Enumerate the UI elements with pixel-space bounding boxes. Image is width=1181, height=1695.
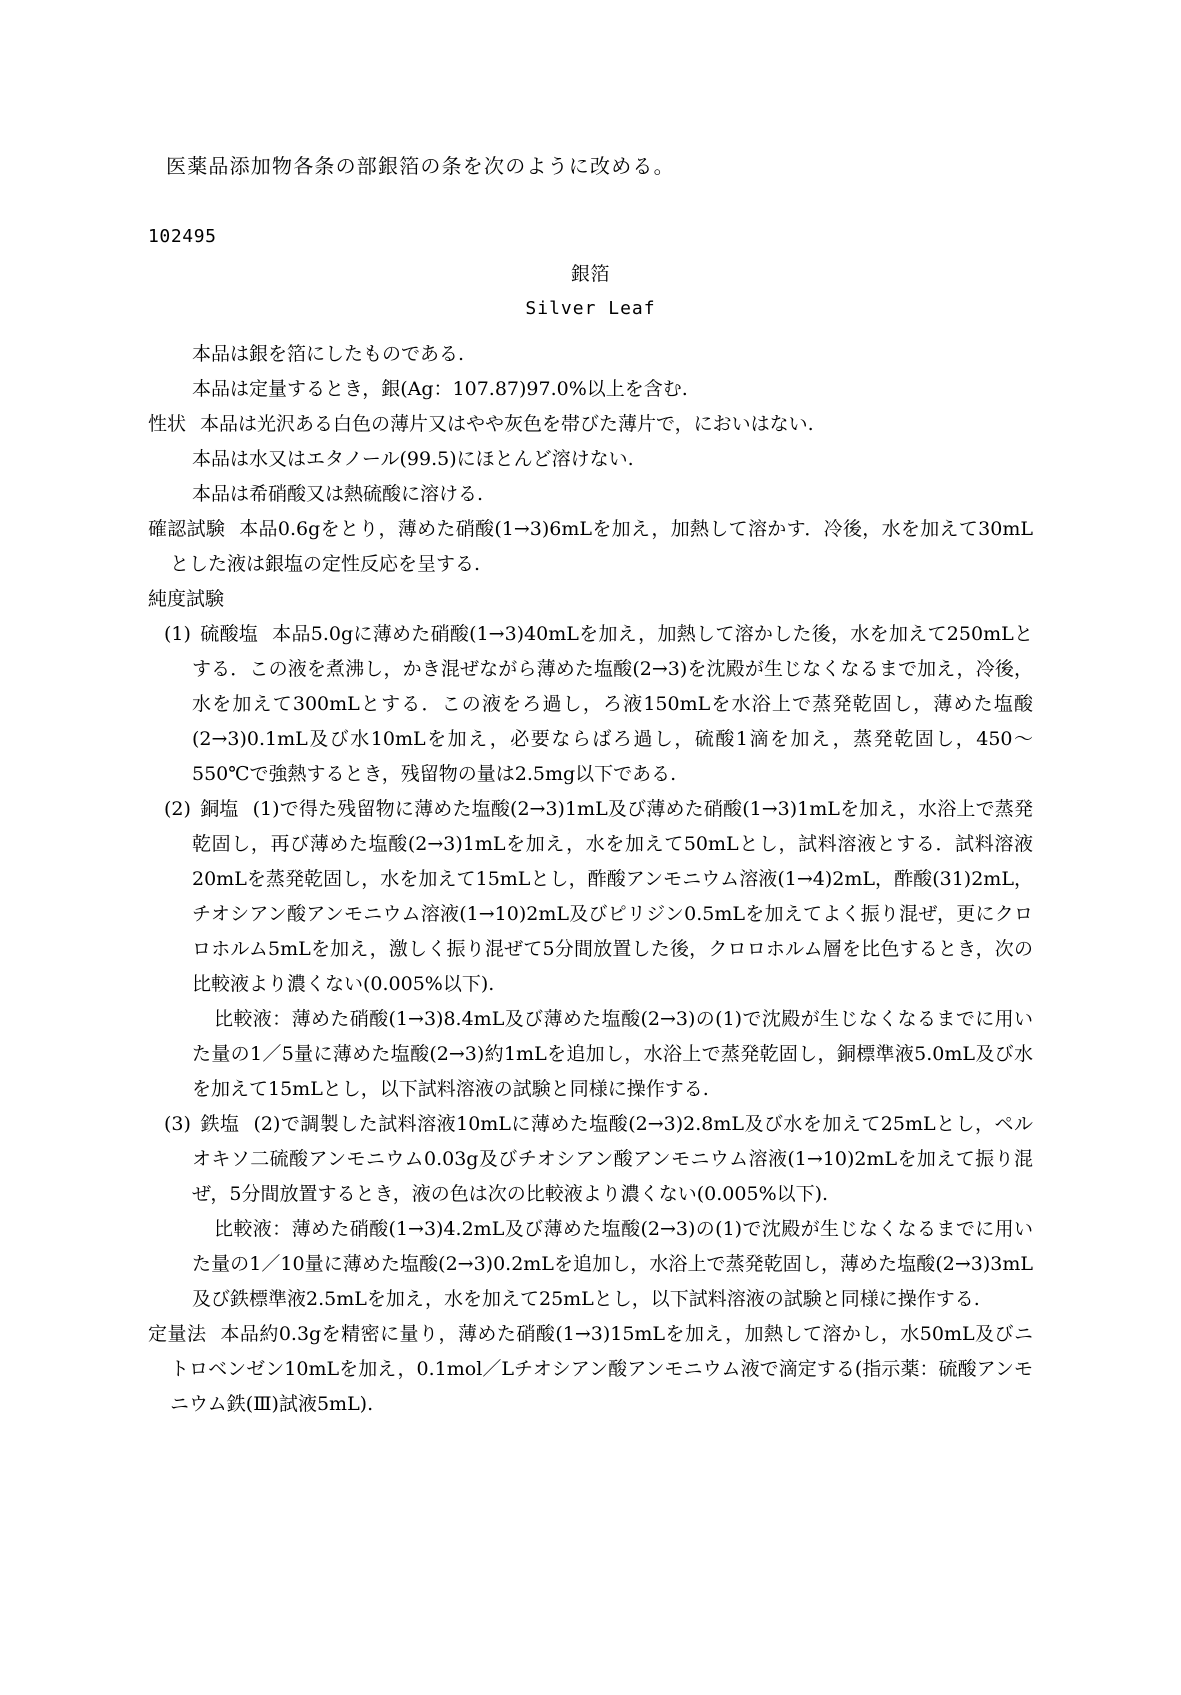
definition-line-1: 本品は銀を箔にしたものである. bbox=[148, 337, 1033, 372]
amendment-intro: 医薬品添加物各条の部銀箔の条を次のように改める。 bbox=[166, 154, 675, 178]
purity-item-text: 本品5.0gに薄めた硝酸(1→3)40mLを加え，加熱して溶かした後，水を加えて… bbox=[192, 623, 1033, 785]
assay-label: 定量法 bbox=[148, 1323, 206, 1345]
identification-text: 本品0.6gをとり，薄めた硝酸(1→3)6mLを加え，加熱して溶かす．冷後，水を… bbox=[170, 518, 1033, 575]
assay-section: 定量法本品約0.3gを精密に量り，薄めた硝酸(1→3)15mLを加え，加熱して溶… bbox=[148, 1317, 1033, 1422]
description-section: 性状本品は光沢ある白色の薄片又はやや灰色を帯びた薄片で，においはない. bbox=[148, 407, 1033, 442]
purity-item-sulfate: (1)硫酸塩本品5.0gに薄めた硝酸(1→3)40mLを加え，加熱して溶かした後… bbox=[148, 617, 1033, 792]
purity-item-label: 硫酸塩 bbox=[200, 623, 258, 645]
purity-item-iron: (3)鉄塩(2)で調製した試料溶液10mLに薄めた塩酸(2→3)2.8mL及び水… bbox=[148, 1107, 1033, 1212]
purity-item-text: (2)で調製した試料溶液10mLに薄めた塩酸(2→3)2.8mL及び水を加えて2… bbox=[192, 1113, 1033, 1205]
description-text: 本品は光沢ある白色の薄片又はやや灰色を帯びた薄片で，においはない. bbox=[200, 413, 814, 435]
identification-label: 確認試験 bbox=[148, 518, 225, 540]
purity-item-copper: (2)銅塩(1)で得た残留物に薄めた塩酸(2→3)1mL及び薄めた硝酸(1→3)… bbox=[148, 792, 1033, 1002]
monograph-number: 102495 bbox=[148, 225, 217, 249]
assay-text: 本品約0.3gを精密に量り，薄めた硝酸(1→3)15mLを加え，加熱して溶かし，… bbox=[170, 1323, 1033, 1415]
purity-item-number: (1) bbox=[164, 617, 200, 652]
title-japanese: 銀箔 bbox=[0, 262, 1181, 286]
description-label: 性状 bbox=[148, 413, 186, 435]
copper-comparison-solution: 比較液：薄めた硝酸(1→3)8.4mL及び薄めた塩酸(2→3)の(1)で沈殿が生… bbox=[148, 1002, 1033, 1107]
definition-line-2: 本品は定量するとき，銀(Ag：107.87)97.0%以上を含む. bbox=[148, 372, 1033, 407]
description-solubility-acid: 本品は希硝酸又は熱硫酸に溶ける. bbox=[148, 477, 1033, 512]
purity-item-label: 鉄塩 bbox=[200, 1113, 239, 1135]
identification-section: 確認試験本品0.6gをとり，薄めた硝酸(1→3)6mLを加え，加熱して溶かす．冷… bbox=[148, 512, 1033, 582]
iron-comparison-solution: 比較液：薄めた硝酸(1→3)4.2mL及び薄めた塩酸(2→3)の(1)で沈殿が生… bbox=[148, 1212, 1033, 1317]
purity-item-label: 銅塩 bbox=[200, 798, 239, 820]
title-english: Silver Leaf bbox=[0, 297, 1181, 321]
description-solubility: 本品は水又はエタノール(99.5)にほとんど溶けない. bbox=[148, 442, 1033, 477]
monograph-body: 本品は銀を箔にしたものである. 本品は定量するとき，銀(Ag：107.87)97… bbox=[148, 337, 1033, 1422]
purity-label: 純度試験 bbox=[148, 582, 1033, 617]
purity-item-number: (3) bbox=[164, 1107, 200, 1142]
purity-item-text: (1)で得た残留物に薄めた塩酸(2→3)1mL及び薄めた硝酸(1→3)1mLを加… bbox=[192, 798, 1033, 995]
purity-item-number: (2) bbox=[164, 792, 200, 827]
